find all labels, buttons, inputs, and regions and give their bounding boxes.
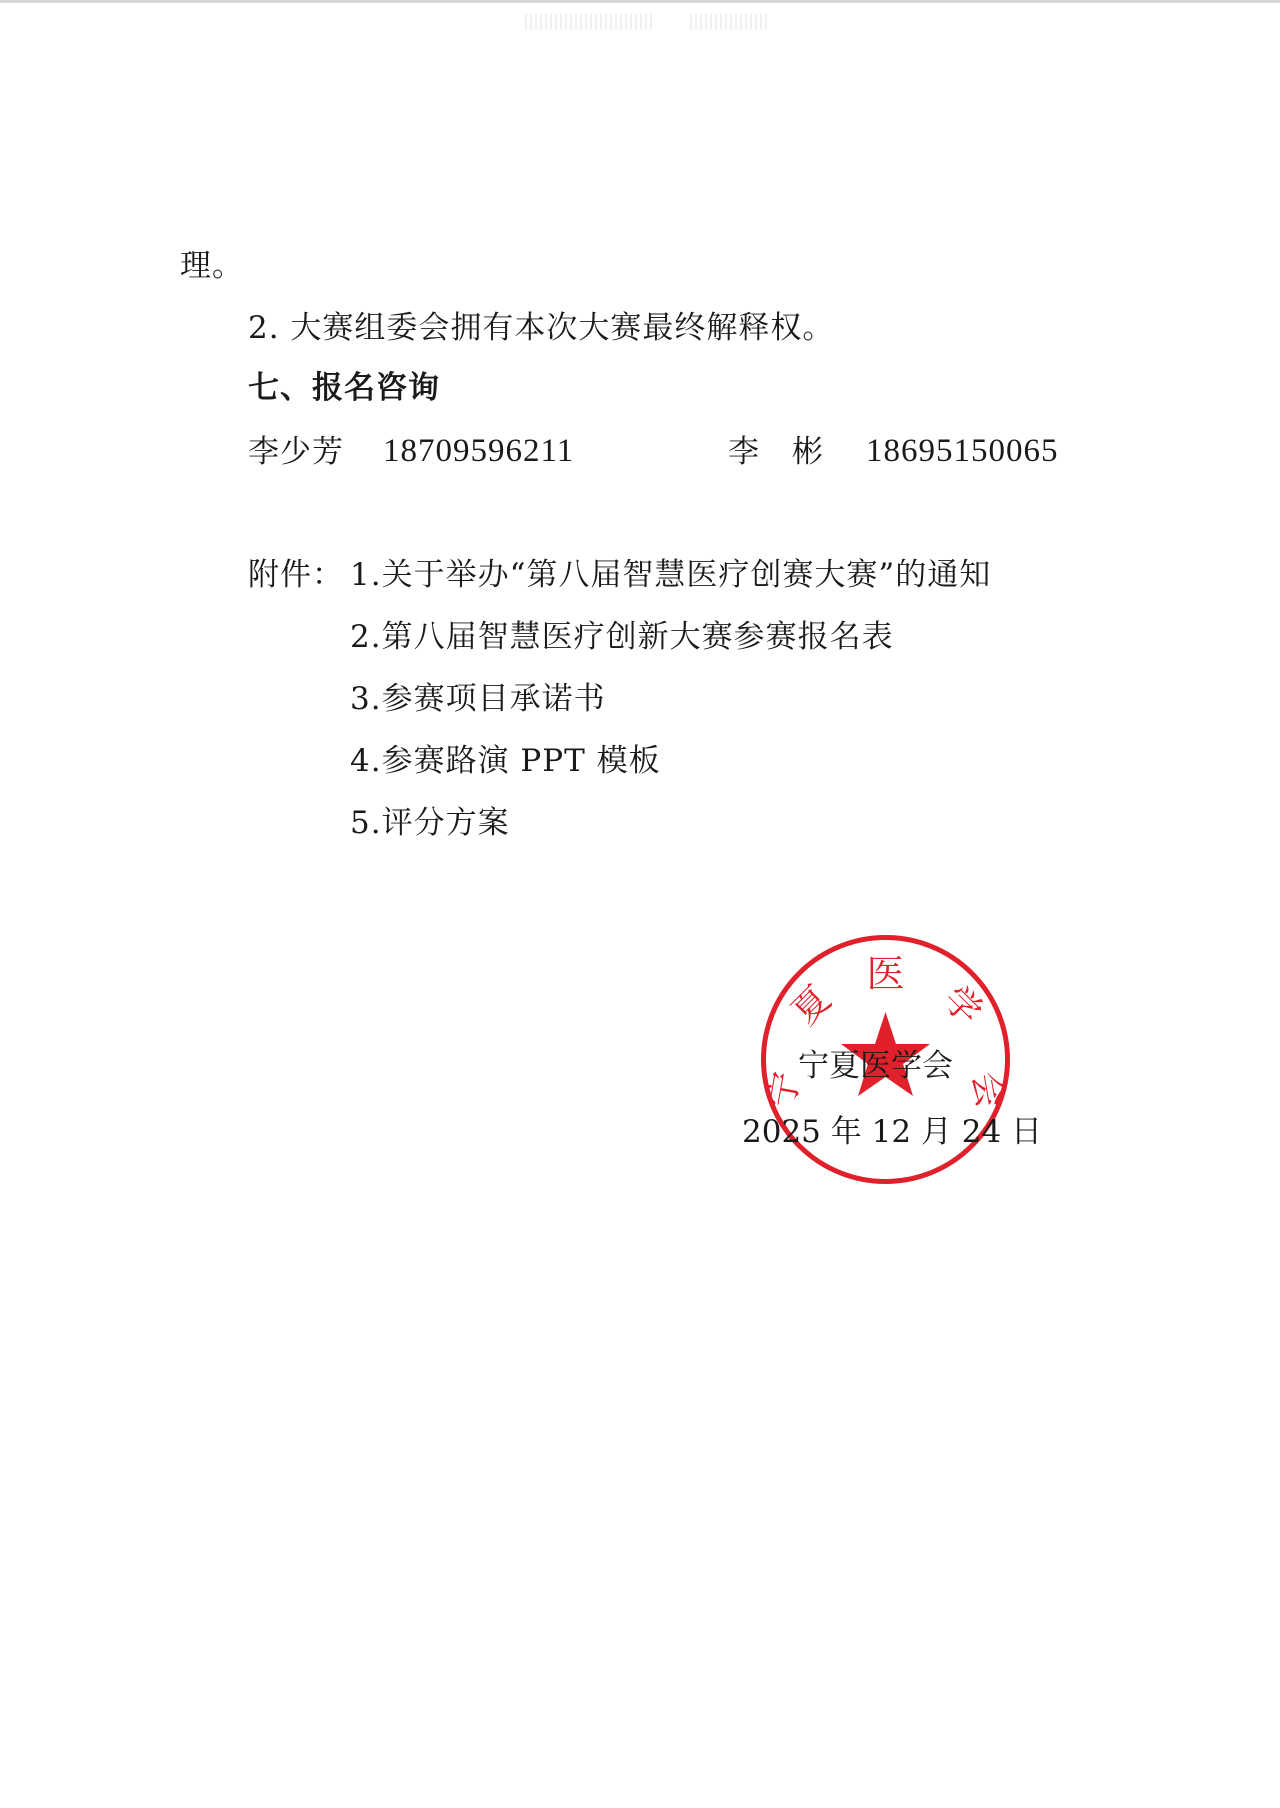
attachment-item: 1.关于举办“第八届智慧医疗创赛大赛”的通知 <box>350 555 991 595</box>
contact-name: 李少芳 <box>248 432 344 472</box>
attachment-item: 2.第八届智慧医疗创新大赛参赛报名表 <box>350 617 894 657</box>
continuation-text: 理。 <box>180 246 244 286</box>
contact-phone: 18709596211 <box>383 431 574 471</box>
seal-char: 医 <box>866 952 904 996</box>
attachment-item: 4.参赛路演 PPT 模板 <box>350 741 661 781</box>
signature-organization: 宁夏医学会 <box>798 1046 953 1086</box>
section-heading: 七、报名咨询 <box>248 368 440 408</box>
seal-char: 会 <box>964 1069 1011 1112</box>
attachment-item: 3.参赛项目承诺书 <box>350 679 606 719</box>
attachment-item: 5.评分方案 <box>350 803 510 843</box>
signature-date: 2025 年 12 月 24 日 <box>742 1112 1042 1152</box>
scan-edge <box>0 0 1280 3</box>
attachments-label: 附件： <box>248 555 344 595</box>
clause-2: 2. 大赛组委会拥有本次大赛最终解释权。 <box>248 308 834 348</box>
scan-artifact <box>525 14 655 30</box>
seal-char: 夏 <box>785 979 839 1033</box>
contact-name: 李 彬 <box>728 432 824 472</box>
contact-phone: 18695150065 <box>866 431 1059 471</box>
scan-artifact <box>690 14 770 30</box>
